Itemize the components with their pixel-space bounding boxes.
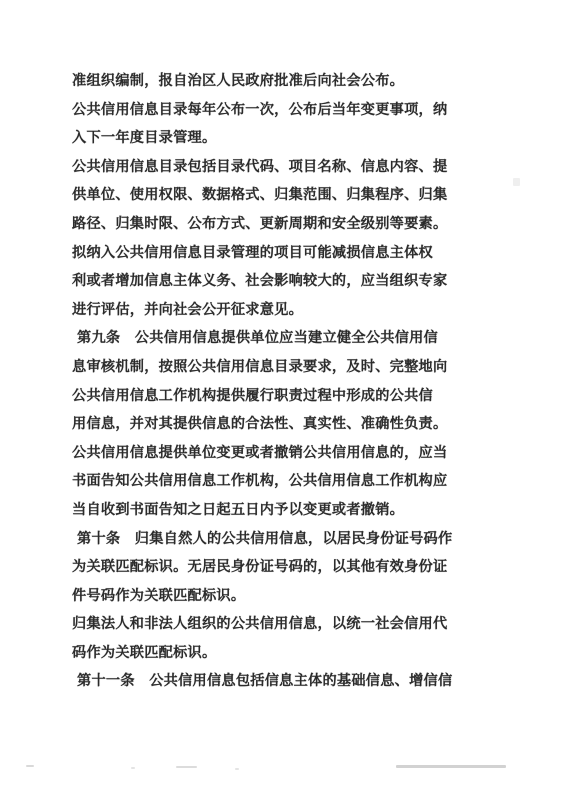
text-line: 公共信用信息提供单位变更或者撤销公共信用信息的，应当 [72, 439, 462, 468]
scan-artifact [131, 767, 135, 769]
text-line-article-11: 第十一条 公共信用信息包括信息主体的基础信息、增信信 [72, 667, 462, 696]
text-line: 路径、归集时限、公布方式、更新周期和安全级别等要素。 [72, 210, 462, 239]
scan-artifact [513, 178, 520, 186]
text-line: 拟纳入公共信用信息目录管理的项目可能减损信息主体权 [72, 239, 462, 268]
text-line: 息审核机制，按照公共信用信息目录要求，及时、完整地向 [72, 353, 462, 382]
scan-artifact [26, 765, 34, 767]
text-line: 利或者增加信息主体义务、社会影响较大的，应当组织专家 [72, 267, 462, 296]
text-line: 准组织编制，报自治区人民政府批准后向社会公布。 [72, 67, 462, 96]
text-line: 供单位、使用权限、数据格式、归集范围、归集程序、归集 [72, 181, 462, 210]
text-line-article-9: 第九条 公共信用信息提供单位应当建立健全公共信用信 [72, 324, 462, 353]
text-line: 用信息，并对其提供信息的合法性、真实性、准确性负责。 [72, 410, 462, 439]
text-line: 公共信用信息工作机构提供履行职责过程中形成的公共信 [72, 382, 462, 411]
document-page: 准组织编制，报自治区人民政府批准后向社会公布。 公共信用信息目录每年公布一次，公… [0, 0, 566, 800]
text-line: 公共信用信息目录每年公布一次，公布后当年变更事项，纳 [72, 96, 462, 125]
text-line: 进行评估，并向社会公开征求意见。 [72, 296, 462, 325]
text-line: 件号码作为关联匹配标识。 [72, 582, 462, 611]
text-line: 当自收到书面告知之日起五日内予以变更或者撤销。 [72, 496, 462, 525]
text-line: 归集法人和非法人组织的公共信用信息，以统一社会信用代 [72, 610, 462, 639]
scan-artifact [176, 766, 197, 768]
scan-artifact [396, 765, 506, 768]
scan-artifact [235, 768, 239, 770]
text-line: 码作为关联匹配标识。 [72, 639, 462, 668]
text-line: 书面告知公共信用信息工作机构，公共信用信息工作机构应 [72, 467, 462, 496]
text-line: 入下一年度目录管理。 [72, 124, 462, 153]
text-line: 公共信用信息目录包括目录代码、项目名称、信息内容、提 [72, 153, 462, 182]
document-text-block: 准组织编制，报自治区人民政府批准后向社会公布。 公共信用信息目录每年公布一次，公… [72, 67, 462, 696]
text-line: 为关联匹配标识。无居民身份证号码的，以其他有效身份证 [72, 553, 462, 582]
text-line-article-10: 第十条 归集自然人的公共信用信息，以居民身份证号码作 [72, 525, 462, 554]
